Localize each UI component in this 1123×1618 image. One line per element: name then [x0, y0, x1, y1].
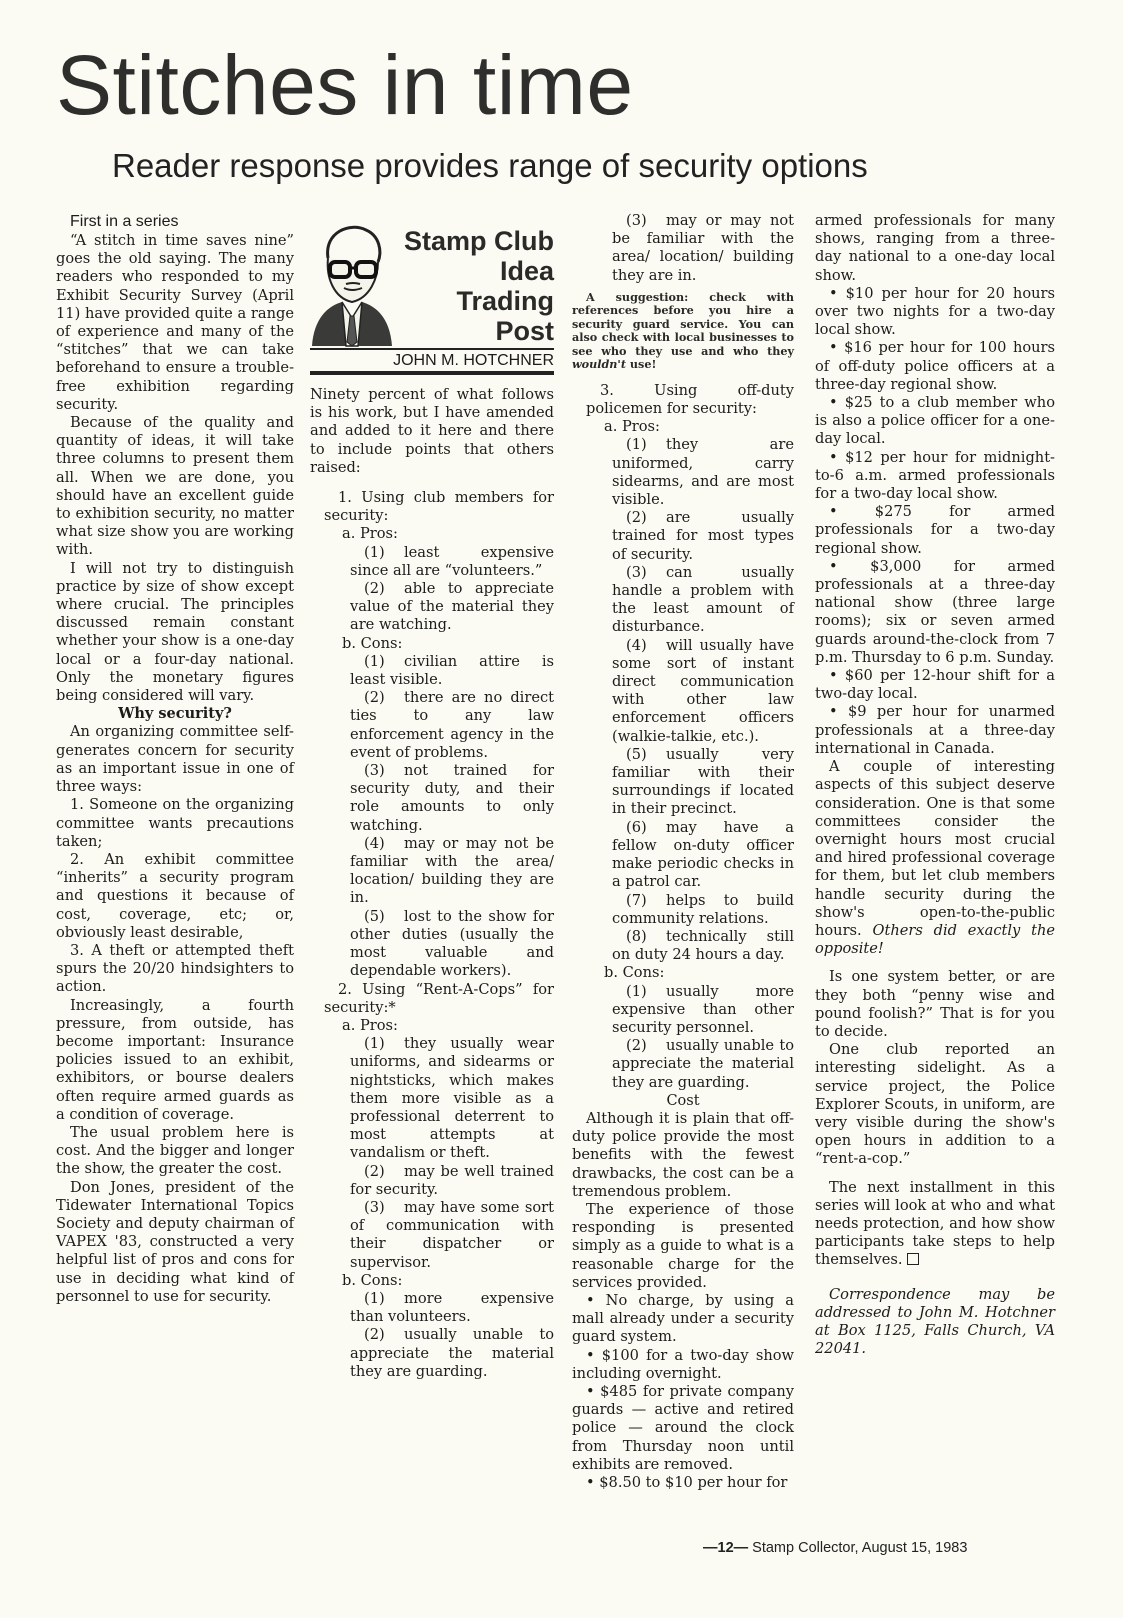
cost-item: • $3,000 for armed professionals at a th… [815, 558, 1055, 667]
cost-item: • $16 per hour for 100 hours of off-duty… [815, 339, 1055, 394]
list-item: (2)usually unable to appreciate the mate… [310, 1326, 554, 1381]
pros-label: a. Pros: [310, 525, 554, 543]
cons-label: b. Cons: [572, 964, 794, 982]
paragraph: 1. Someone on the organizing committee w… [56, 796, 294, 851]
paragraph: The experience of those responding is pr… [572, 1201, 794, 1292]
paragraph: A couple of interesting aspects of this … [815, 758, 1055, 958]
list-item: (2)may be well trained for security. [310, 1163, 554, 1199]
column-logo: Stamp Club Idea Trading Post JOHN M. HOT… [310, 218, 554, 368]
headline: Stitches in time [56, 40, 634, 130]
section-heading-why-security: Why security? [56, 705, 294, 723]
list-item: (2)there are no direct ties to any law e… [310, 689, 554, 762]
column-3: (3)may or may not be familiar with the a… [572, 212, 794, 1492]
logo-line: Idea [404, 256, 554, 286]
cost-item: • $8.50 to $10 per hour for [572, 1474, 794, 1492]
list-item: (8)technically still on duty 24 hours a … [572, 928, 794, 964]
cons-label: b. Cons: [310, 635, 554, 653]
list-item: (6)may have a fellow on-duty officer mak… [572, 819, 794, 892]
series-label: First in a series [56, 212, 294, 232]
cost-item: • No charge, by using a mall already und… [572, 1292, 794, 1347]
paragraph: Although it is plain that off-duty polic… [572, 1110, 794, 1201]
list-item: (2)able to appreciate value of the mater… [310, 580, 554, 635]
subhead: Reader response provides range of securi… [112, 146, 868, 186]
column-4: armed professionals for many shows, rang… [815, 212, 1055, 1358]
paragraph: An organizing committee self-generates c… [56, 723, 294, 796]
publication-info: Stamp Collector, August 15, 1983 [752, 1540, 967, 1556]
cost-item: • $60 per 12-hour shift for a two-day lo… [815, 667, 1055, 703]
list-item: (5)lost to the show for other duties (us… [310, 908, 554, 981]
list-item: (7)helps to build community relations. [572, 892, 794, 928]
paragraph: “A stitch in time saves nine” goes the o… [56, 232, 294, 414]
list-item: (2)usually unable to appreciate the mate… [572, 1037, 794, 1092]
list-item: (3)may or may not be familiar with the a… [572, 212, 794, 285]
option-heading: 1. Using club members for security: [310, 489, 554, 525]
list-item: (1)least expensive since all are “volunt… [310, 544, 554, 580]
suggestion-note: A suggestion: check with references befo… [572, 291, 794, 372]
section-heading-cost: Cost [572, 1092, 794, 1110]
column-logo-title: Stamp Club Idea Trading Post [404, 226, 554, 346]
paragraph: The usual problem here is cost. And the … [56, 1124, 294, 1179]
list-item: (1)civilian attire is least visible. [310, 653, 554, 689]
pros-label: a. Pros: [572, 418, 794, 436]
paragraph: Don Jones, president of the Tidewater In… [56, 1179, 294, 1306]
paragraph: Because of the quality and quantity of i… [56, 414, 294, 560]
option-heading: 2. Using “Rent-A-Cops” for security:* [310, 981, 554, 1017]
cost-item: • $12 per hour for midnight-to-6 a.m. ar… [815, 449, 1055, 504]
cost-item: • $100 for a two-day show including over… [572, 1347, 794, 1383]
list-item: (3)may have some sort of communication w… [310, 1199, 554, 1272]
paragraph: 2. An exhibit committee “inherits” a sec… [56, 851, 294, 942]
column-2: Stamp Club Idea Trading Post JOHN M. HOT… [310, 218, 554, 1381]
list-item: (4)may or may not be familiar with the a… [310, 835, 554, 908]
paragraph: The next installment in this series will… [815, 1179, 1055, 1270]
cost-item: • $25 to a club member who is also a pol… [815, 394, 1055, 449]
pros-label: a. Pros: [310, 1017, 554, 1035]
logo-line: Trading [404, 286, 554, 316]
byline: JOHN M. HOTCHNER [310, 348, 554, 375]
cost-item: • $485 for private company guards — acti… [572, 1383, 794, 1474]
page-number: —12— [703, 1540, 748, 1556]
paragraph: 3. A theft or attempted theft spurs the … [56, 942, 294, 997]
correspondence-note: Correspondence may be addressed to John … [815, 1286, 1055, 1359]
cost-item: • $275 for armed professionals for a two… [815, 503, 1055, 558]
author-portrait-icon [310, 218, 394, 348]
option-heading: 3. Using off-duty policemen for security… [572, 382, 794, 418]
logo-line: Stamp Club [404, 226, 554, 256]
cons-label: b. Cons: [310, 1272, 554, 1290]
column-1: First in a series “A stitch in time save… [56, 212, 294, 1306]
paragraph: One club reported an interesting sidelig… [815, 1041, 1055, 1168]
list-item: (1)they are uniformed, carry sidearms, a… [572, 436, 794, 509]
paragraph: I will not try to distinguish practice b… [56, 560, 294, 706]
cost-item: armed professionals for many shows, rang… [815, 212, 1055, 285]
list-item: (1)usually more expensive than other sec… [572, 983, 794, 1038]
paragraph: Ninety percent of what follows is his wo… [310, 386, 554, 477]
cost-item: • $10 per hour for 20 hours over two nig… [815, 285, 1055, 340]
paragraph: Is one system better, or are they both “… [815, 968, 1055, 1041]
list-item: (3)not trained for security duty, and th… [310, 762, 554, 835]
paragraph: Increasingly, a fourth pressure, from ou… [56, 997, 294, 1124]
list-item: (1)they usually wear uniforms, and sidea… [310, 1035, 554, 1162]
cost-item: • $9 per hour for unarmed professionals … [815, 703, 1055, 758]
page-footer: —12— Stamp Collector, August 15, 1983 [703, 1540, 967, 1556]
list-item: (3)can usually handle a problem with the… [572, 564, 794, 637]
list-item: (5)usually very familiar with their surr… [572, 746, 794, 819]
logo-line: Post [404, 316, 554, 346]
list-item: (4)will usually have some sort of instan… [572, 637, 794, 746]
end-mark-icon [907, 1253, 919, 1265]
list-item: (1)more expensive than volunteers. [310, 1290, 554, 1326]
list-item: (2)are usually trained for most types of… [572, 509, 794, 564]
